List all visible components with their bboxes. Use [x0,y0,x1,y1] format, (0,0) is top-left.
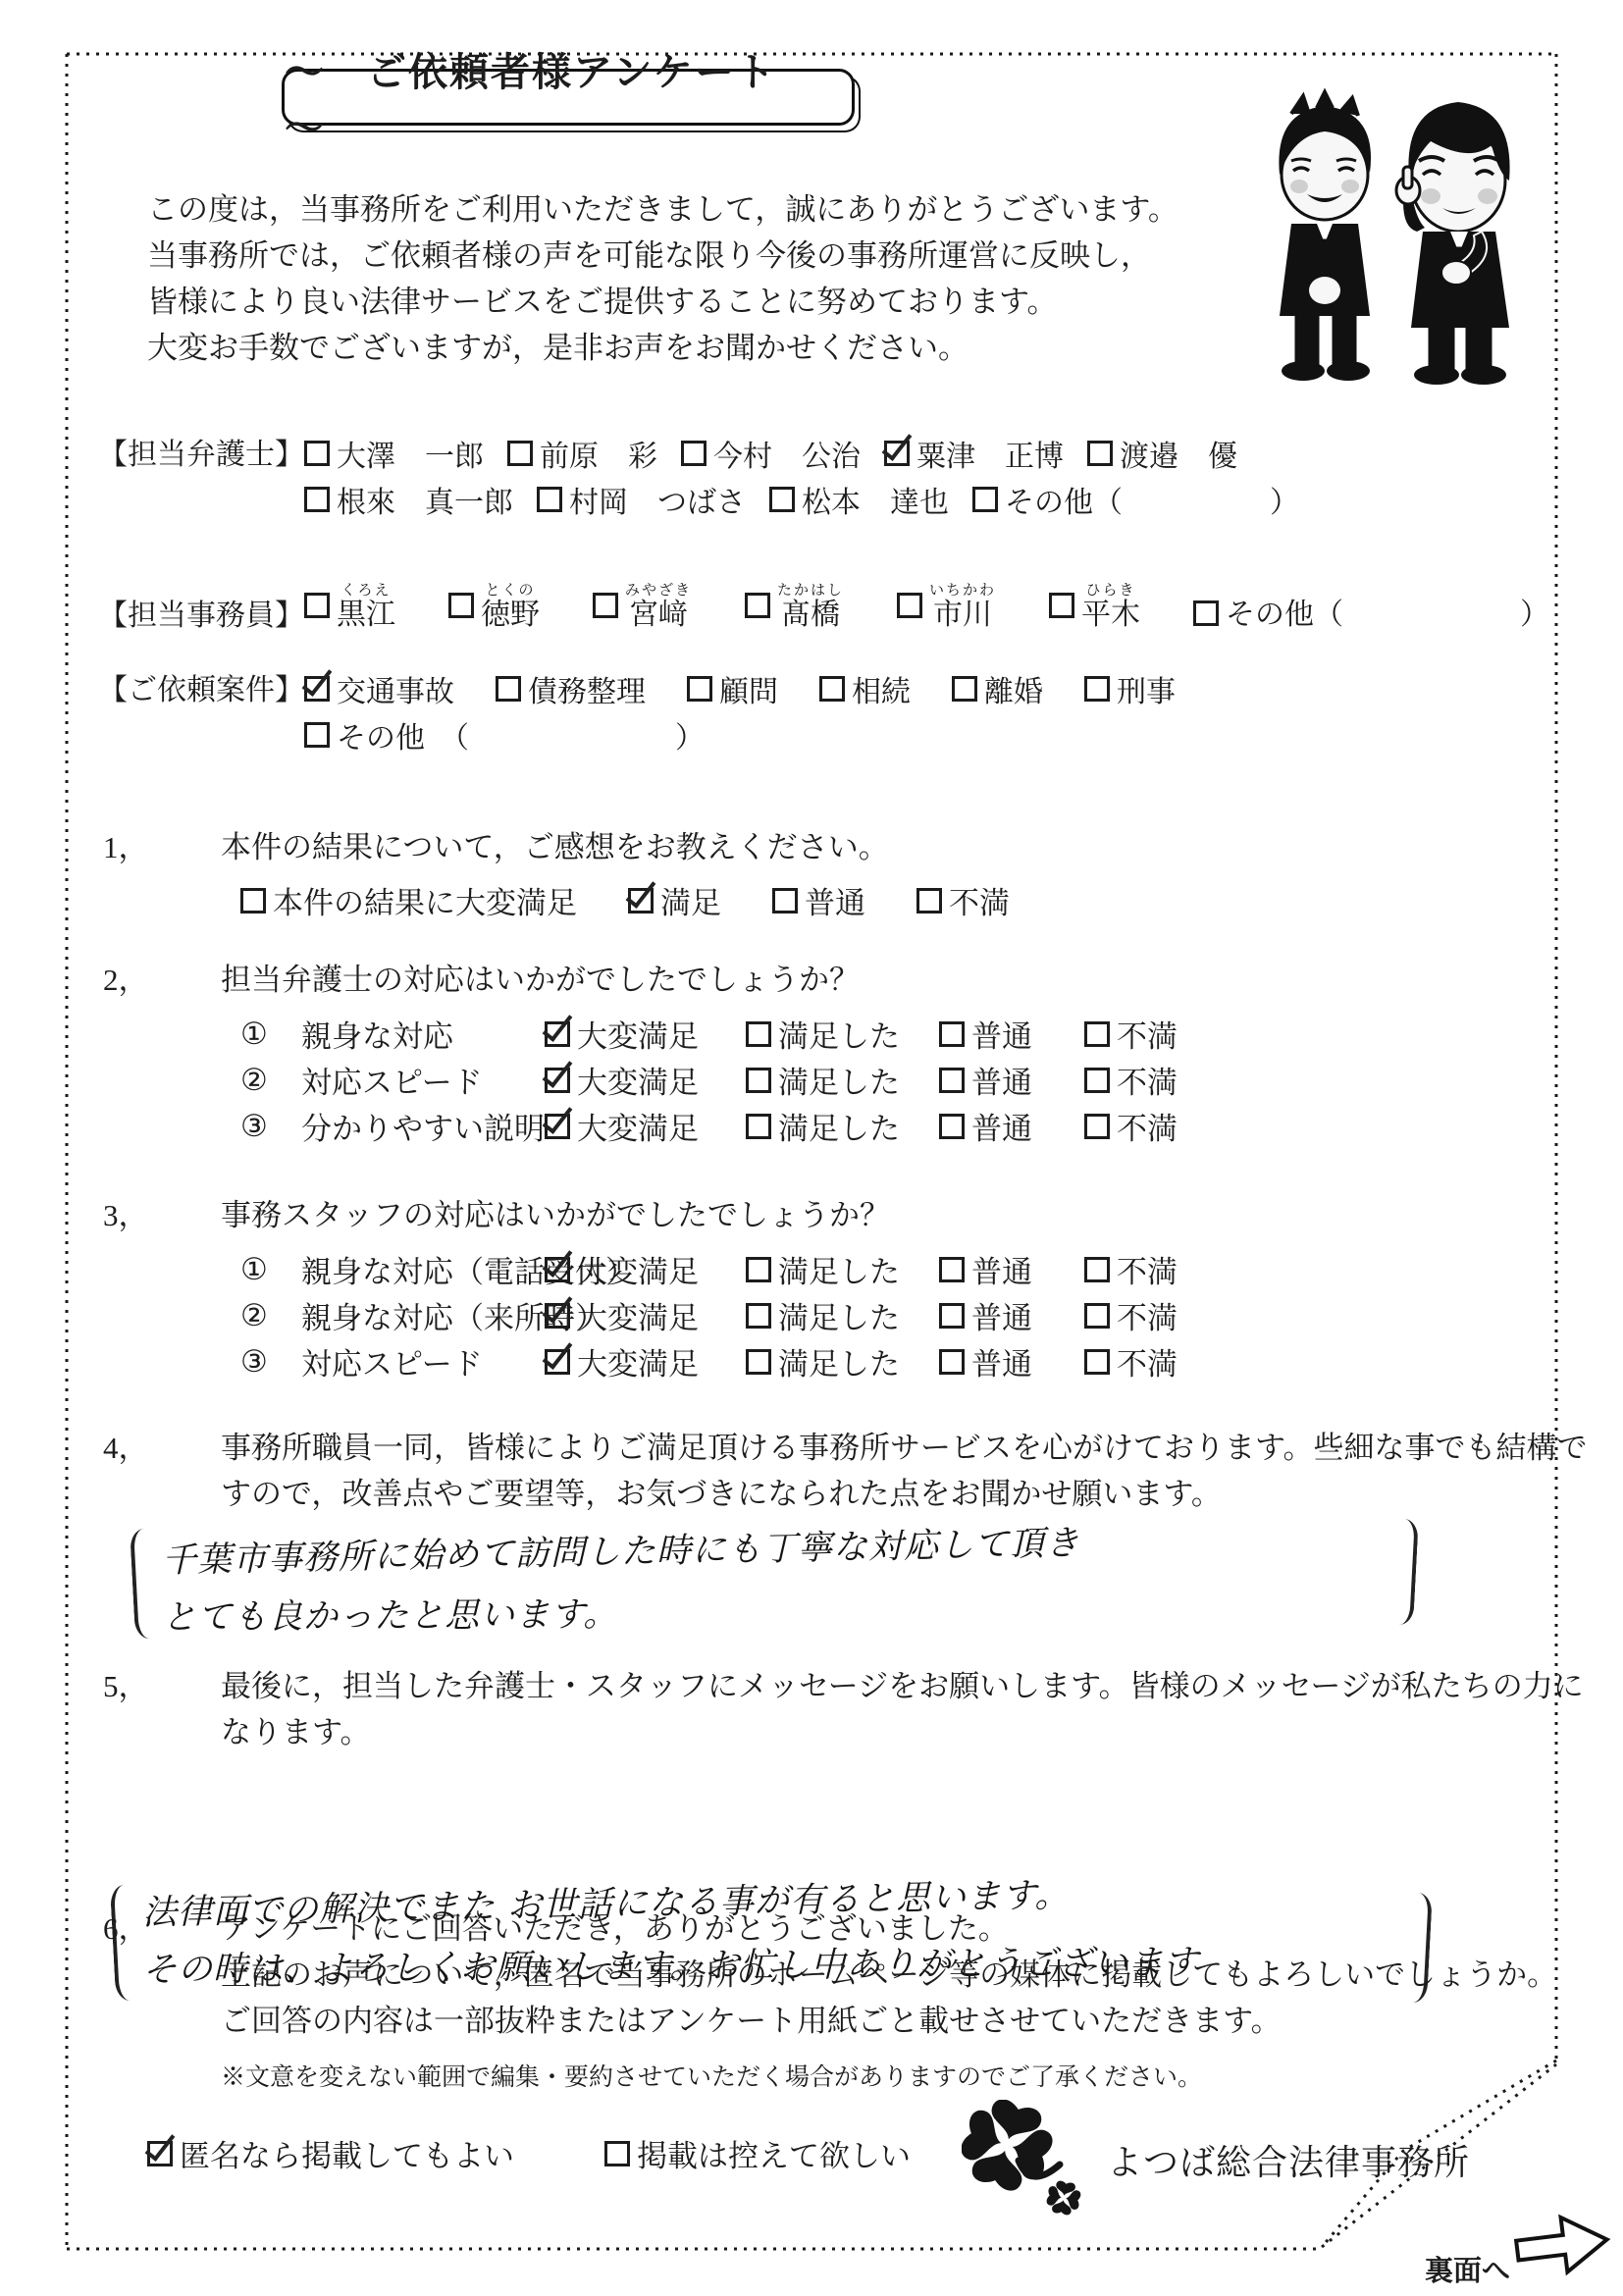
checkbox-label: 匿名なら掲載してもよい [180,2131,514,2175]
firm-name: よつば総合法律事務所 [1107,2135,1470,2185]
lawyer-option: 渡邉 優 [1087,432,1237,475]
checkbox[interactable] [746,1303,771,1329]
section-lawyer: 【担当弁護士】 大澤 一郎 前原 彩 今村 公治 粟津 正博 渡邉 優 根來 真… [98,430,1299,522]
checkbox[interactable] [745,593,770,618]
intro-paragraph: この度は，当事務所をご利用いただきまして，誠にありがとうございます。 当事務所で… [147,186,1178,371]
question-text: 本件の結果について，ご感想をお教えください。 [221,830,889,864]
checkbox-label: 不満 [1117,1293,1178,1337]
checkbox-label: 大変満足 [577,1012,699,1056]
answer-option: 普通 [939,1247,1084,1291]
checkbox[interactable] [545,1349,570,1375]
checkbox-label: 普通 [971,1012,1032,1056]
checkbox[interactable] [939,1349,965,1375]
checkbox[interactable] [687,676,712,702]
checkbox[interactable] [604,2141,630,2166]
form-title-text: ～ ご依頼者様アンケート ～ [285,41,852,153]
answer-option: 普通 [939,1104,1084,1148]
checkbox[interactable] [304,722,330,748]
checkbox-label: 満足した [778,1012,900,1056]
furigana: くろえ [340,584,391,600]
row-label: 対応スピード [301,1339,545,1383]
checkbox-label: 前原 彩 [540,432,657,475]
checkbox-label: 不満 [1117,1012,1178,1056]
question-text: 事務スタッフの対応はいかがでしたでしょうか？ [221,1198,890,1232]
answer-option: 不満 [1084,1293,1178,1337]
question-text: 担当弁護士の対応はいかがでしたでしょうか？ [221,963,860,997]
checkbox[interactable] [1084,1021,1110,1047]
checkbox-label: 不満 [1117,1104,1178,1148]
checkbox[interactable] [240,888,266,913]
checkbox[interactable] [1084,676,1110,702]
checkbox-label: 顧問 [719,667,778,710]
row-number: ② [240,1298,301,1333]
question-3: 3，事務スタッフの対応はいかがでしたでしょうか？ ① 親身な対応（電話受付） 大… [103,1192,1178,1384]
checkbox[interactable] [746,1257,771,1282]
q1-options: 本件の結果に大変満足 満足 普通 不満 [240,878,1010,922]
checkbox-label: 徳野 [481,600,540,631]
staff-option: とくの徳野 [448,584,540,630]
answer-option: 満足した [746,1058,939,1102]
question-5: 5，最後に，担当した弁護士・スタッフにメッセージをお願いします。皆様のメッセージ… [103,1663,1584,1755]
checkbox-label: 渡邉 優 [1120,432,1237,475]
checkbox[interactable] [819,676,845,702]
question-text: アンケートにご回答いただき，ありがとうございました。 [221,1911,1009,1946]
checkbox[interactable] [304,676,330,702]
checkbox[interactable] [545,1068,570,1093]
checkbox[interactable] [939,1021,965,1047]
checkbox-label: 大変満足 [577,1293,699,1337]
row-number: ① [240,1252,301,1287]
answer-option: 不満 [1084,1012,1178,1056]
answer-option: 満足した [746,1247,939,1291]
checkbox-label: 満足した [778,1293,900,1337]
answer-option: 本件の結果に大変満足 [240,878,577,922]
answer-option: 満足 [628,878,721,922]
answer-option: 不満 [1084,1104,1178,1148]
checkbox[interactable] [545,1257,570,1282]
rating-row: ③ 対応スピード 大変満足 満足した 普通 不満 [240,1338,1178,1384]
checkbox[interactable] [972,487,998,512]
section-case-label: 【ご依頼案件】 [98,665,304,708]
rating-row: ③ 分かりやすい説明 大変満足 満足した 普通 不満 [240,1103,1178,1149]
firm-signature: よつば総合法律事務所 [962,2100,1470,2219]
checkbox-label: 満足 [660,878,721,922]
rating-row: ① 親身な対応（電話受付） 大変満足 満足した 普通 不満 [240,1246,1178,1292]
question-text: 最後に，担当した弁護士・スタッフにメッセージをお願いします。皆様のメッセージが私… [221,1669,1584,1703]
checkbox-label: その他 （ ） [337,713,705,757]
checkbox-label: 普通 [971,1339,1032,1383]
case-option: 刑事 [1084,667,1176,710]
checkbox[interactable] [304,441,330,466]
section-lawyer-label: 【担当弁護士】 [98,430,304,473]
question-text: 上記のお声について，匿名で当事務所のホームページ等の媒体に掲載してもよろしいでし… [221,1952,1557,1998]
question-number: 3， [103,1192,221,1238]
answer-option: 大変満足 [545,1293,746,1337]
row-number: ② [240,1063,301,1098]
q2-rows: ① 親身な対応 大変満足 満足した 普通 不満 ② 対応スピード 大変満足 満足… [240,1011,1178,1149]
checkbox-label: 不満 [1117,1058,1178,1102]
checkbox[interactable] [1193,600,1219,626]
staff-option: その他（ ） [1193,600,1549,631]
question-number: 6， [103,1905,221,1952]
checkbox-label: 満足した [778,1058,900,1102]
checkbox[interactable] [545,1021,570,1047]
checkbox[interactable] [1084,1257,1110,1282]
checkbox-label: 満足した [778,1104,900,1148]
answer-option: 満足した [746,1339,939,1383]
lawyer-option: 根來 真一郎 [304,478,513,521]
section-staff: 【担当事務員】 くろえ黒江 とくの徳野 みやざき宮﨑 たかはし髙橋 いちかわ市川… [98,569,1549,634]
checkbox[interactable] [939,1114,965,1139]
answer-option: 不満 [1084,1339,1178,1383]
case-option: 債務整理 [496,667,646,710]
furigana: いちかわ [929,584,996,600]
checkbox[interactable] [939,1257,965,1282]
answer-option: 大変満足 [545,1012,746,1056]
furigana: ひらき [1086,584,1136,600]
checkbox-label: 大変満足 [577,1104,699,1148]
checkbox[interactable] [746,1021,771,1047]
rating-row: ② 対応スピード 大変満足 満足した 普通 不満 [240,1057,1178,1103]
checkbox-label: 普通 [805,878,865,922]
case-option: 相続 [819,667,911,710]
checkbox[interactable] [545,1303,570,1329]
checkbox-label: 髙橋 [781,600,840,631]
question-1: 1，本件の結果について，ご感想をお教えください。 本件の結果に大変満足 満足 普… [103,824,1010,922]
intro-line: この度は，当事務所をご利用いただきまして，誠にありがとうございます。 [147,186,1178,233]
checkbox[interactable] [746,1068,771,1093]
answer-option: 普通 [939,1293,1084,1337]
checkbox[interactable] [884,441,910,466]
checkbox-label: 大変満足 [577,1247,699,1291]
furigana: みやざき [625,584,692,600]
checkbox[interactable] [507,441,533,466]
lawyer-option: その他（ ） [972,478,1299,521]
checkbox[interactable] [537,487,562,512]
checkbox-label: 債務整理 [528,667,646,710]
publish-consent-options: 匿名なら掲載してもよい 掲載は控えて欲しい [147,2131,911,2175]
question-text: ご回答の内容は一部抜粋またはアンケート用紙ごと載せさせていただきます。 [221,1998,1557,2044]
furigana: たかはし [777,584,844,600]
checkbox-label: 村岡 つばさ [569,478,746,521]
rating-row: ② 親身な対応（来所時） 大変満足 満足した 普通 不満 [240,1292,1178,1338]
lawyer-option: 粟津 正博 [884,432,1064,475]
checkbox-label: 掲載は控えて欲しい [637,2131,911,2175]
answer-option: 大変満足 [545,1058,746,1102]
case-option: 交通事故 [304,667,454,710]
checkbox-label: 不満 [1117,1247,1178,1291]
case-row-1: 交通事故 債務整理 顧問 相続 離婚 刑事 [304,665,1176,711]
checkbox[interactable] [916,888,942,913]
staff-option: ひらき平木 [1049,584,1140,630]
q3-rows: ① 親身な対応（電話受付） 大変満足 満足した 普通 不満 ② 親身な対応（来所… [240,1246,1178,1384]
row-number: ③ [240,1344,301,1380]
checkbox[interactable] [628,888,654,913]
question-text: なります。 [221,1709,1584,1755]
back-arrow-icon [1513,2210,1615,2278]
intro-line: 皆様により良い法律サービスをご提供することに努めております。 [147,279,1178,325]
back-side-note: 裏面へ [1425,2249,1510,2289]
checkbox-label: 今村 公治 [713,432,861,475]
staff-option: たかはし髙橋 [745,584,844,630]
answer-option: 満足した [746,1293,939,1337]
checkbox-label: 市川 [933,600,992,631]
lawyer-row-1: 大澤 一郎 前原 彩 今村 公治 粟津 正博 渡邉 優 [304,430,1299,476]
checkbox[interactable] [939,1303,965,1329]
checkbox-label: 平木 [1081,600,1140,631]
checkbox[interactable] [681,441,707,466]
checkbox-label: 満足した [778,1339,900,1383]
checkbox[interactable] [545,1114,570,1139]
checkbox-label: 相続 [852,667,911,710]
question-number: 4， [103,1425,221,1471]
checkbox-label: 普通 [971,1104,1032,1148]
checkbox[interactable] [1084,1068,1110,1093]
checkbox-label: 交通事故 [337,667,454,710]
question-number: 2， [103,957,221,1003]
checkbox[interactable] [746,1114,771,1139]
checkbox-label: 本件の結果に大変満足 [273,878,577,922]
q4-handwriting: 千葉市事務所に始めて訪問した時にも丁寧な対応して頂き とても良かったと思います。 [162,1533,1398,1646]
form-title: ～ ご依頼者様アンケート ～ [282,69,855,126]
lawyers-illustration [1234,84,1546,389]
checkbox[interactable] [593,593,618,618]
survey-page: 裏面へ ～ ご依頼者様アンケート ～ [0,0,1623,2296]
checkbox[interactable] [1087,441,1113,466]
checkbox-label: その他（ ） [1226,600,1549,631]
intro-line: 大変お手数でございますが，是非お声をお聞かせください。 [147,325,1178,371]
row-label: 親身な対応（電話受付） [301,1247,545,1291]
checkbox-label: 離婚 [984,667,1043,710]
checkbox[interactable] [746,1349,771,1375]
checkbox[interactable] [147,2141,173,2166]
checkbox-label: 根來 真一郎 [337,478,513,521]
answer-option: 大変満足 [545,1339,746,1383]
checkbox[interactable] [1084,1349,1110,1375]
checkbox[interactable] [769,487,795,512]
lawyer-row-2: 根來 真一郎 村岡 つばさ 松本 達也 その他（ ） [304,476,1299,522]
answer-option: 不満 [1084,1058,1178,1102]
answer-option: 不満 [916,878,1010,922]
question-6: 6，アンケートにご回答いただき，ありがとうございました。 上記のお声について，匿… [103,1905,1557,2093]
checkbox-label: 粟津 正博 [916,432,1064,475]
checkbox[interactable] [939,1068,965,1093]
checkbox-label: その他（ ） [1005,478,1299,521]
checkbox[interactable] [448,593,474,618]
checkbox[interactable] [304,593,330,618]
checkbox-label: 不満 [1117,1339,1178,1383]
case-option: 離婚 [952,667,1043,710]
checkbox[interactable] [304,487,330,512]
checkbox[interactable] [1084,1303,1110,1329]
checkbox-label: 大変満足 [577,1339,699,1383]
answer-option: 不満 [1084,1247,1178,1291]
checkbox[interactable] [496,676,521,702]
row-label: 分かりやすい説明 [301,1104,545,1148]
staff-row: くろえ黒江 とくの徳野 みやざき宮﨑 たかはし髙橋 いちかわ市川 ひらき平木 そ… [304,569,1549,630]
section-case: 【ご依頼案件】 交通事故 債務整理 顧問 相続 離婚 刑事 その他 （ ） [98,665,1176,757]
furigana: とくの [485,584,535,600]
checkbox-label: 松本 達也 [802,478,949,521]
row-label: 親身な対応（来所時） [301,1293,545,1337]
consent-option: 匿名なら掲載してもよい [147,2131,514,2175]
answer-option: 普通 [939,1339,1084,1383]
answer-option: 満足した [746,1104,939,1148]
answer-option: 満足した [746,1012,939,1056]
checkbox-label: 普通 [971,1293,1032,1337]
checkbox-label: 黒江 [337,600,395,631]
question-2: 2，担当弁護士の対応はいかがでしたでしょうか？ ① 親身な対応 大変満足 満足し… [103,957,1178,1149]
answer-option: 大変満足 [545,1247,746,1291]
checkbox-label: 刑事 [1117,667,1176,710]
checkbox-label: 大変満足 [577,1058,699,1102]
lawyer-option: 今村 公治 [681,432,861,475]
checkbox-label: 普通 [971,1247,1032,1291]
row-number: ③ [240,1109,301,1144]
consent-option: 掲載は控えて欲しい [604,2131,911,2175]
question-text: 事務所職員一同，皆様によりご満足頂ける事務所サービスを心がけております。些細な事… [221,1431,1588,1465]
case-row-2: その他 （ ） [304,711,1176,757]
row-label: 親身な対応 [301,1012,545,1056]
staff-option: いちかわ市川 [897,584,996,630]
case-option: その他 （ ） [304,713,705,757]
checkbox[interactable] [897,593,922,618]
question-note: ※文意を変えない範囲で編集・要約させていただく場合がありますのでご了承ください。 [221,2058,1557,2093]
checkbox-label: 大澤 一郎 [337,432,484,475]
answer-option: 普通 [772,878,865,922]
checkbox-label: 宮﨑 [629,600,688,631]
checkbox-label: 普通 [971,1058,1032,1102]
row-label: 対応スピード [301,1058,545,1102]
checkbox[interactable] [772,888,798,913]
checkbox-label: 満足した [778,1247,900,1291]
staff-option: みやざき宮﨑 [593,584,692,630]
rating-row: ① 親身な対応 大変満足 満足した 普通 不満 [240,1011,1178,1057]
clover-logo-icon [962,2100,1091,2219]
lawyer-option: 松本 達也 [769,478,949,521]
answer-option: 普通 [939,1058,1084,1102]
lawyer-option: 前原 彩 [507,432,657,475]
answer-option: 普通 [939,1012,1084,1056]
answer-option: 大変満足 [545,1104,746,1148]
question-number: 1， [103,824,221,870]
checkbox[interactable] [952,676,977,702]
section-staff-label: 【担当事務員】 [98,591,304,634]
intro-line: 当事務所では，ご依頼者様の声を可能な限り今後の事務所運営に反映し， [147,233,1178,279]
staff-option: くろえ黒江 [304,584,395,630]
checkbox-label: 不満 [949,878,1010,922]
case-option: 顧問 [687,667,778,710]
lawyer-option: 大澤 一郎 [304,432,484,475]
row-number: ① [240,1017,301,1052]
question-number: 5， [103,1663,221,1709]
lawyer-option: 村岡 つばさ [537,478,746,521]
question-4: 4，事務所職員一同，皆様によりご満足頂ける事務所サービスを心がけております。些細… [103,1425,1588,1517]
handwriting-line: とても良かったと思います。 [162,1581,1398,1646]
checkbox[interactable] [1049,593,1074,618]
checkbox[interactable] [1084,1114,1110,1139]
